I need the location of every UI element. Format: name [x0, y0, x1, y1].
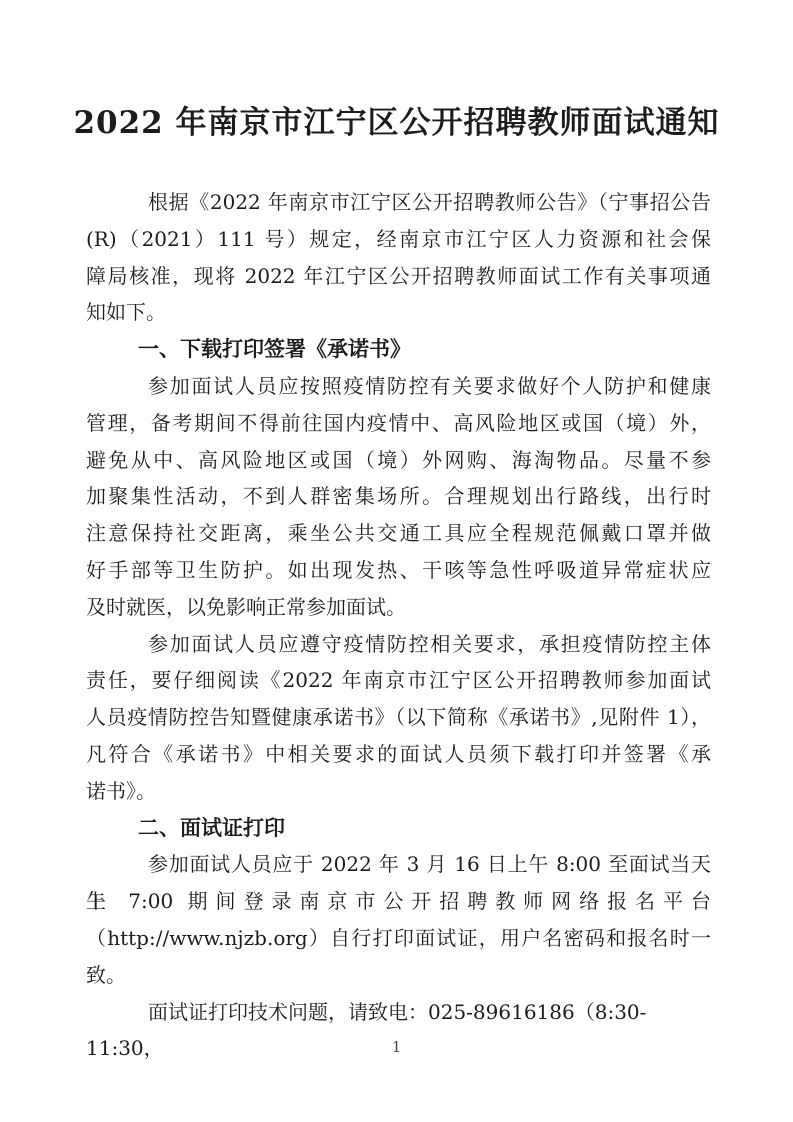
body-line: 根据《2022 年南京市江宁区公开招聘教师公告》（宁事招公告 — [86, 184, 711, 221]
body-line: 障局核准，现将 2022 年江宁区公开招聘教师面试工作有关事项通 — [86, 258, 711, 295]
body-line: 管理，备考期间不得前往国内疫情中、高风险地区或国（境）外， — [86, 405, 711, 442]
body-line: 参加面试人员应按照疫情防控有关要求做好个人防护和健康 — [86, 368, 711, 405]
body-line: 诺书》。 — [86, 773, 711, 810]
body-line: 加聚集性活动，不到人群密集场所。合理规划出行路线，出行时 — [86, 478, 711, 515]
document-page: 2022 年南京市江宁区公开招聘教师面试通知 根据《2022 年南京市江宁区公开… — [0, 0, 793, 1122]
body-line: （http://www.njzb.org）自行打印面试证，用户名密码和报名时一 — [86, 920, 711, 957]
body-line: 注意保持社交距离，乘坐公共交通工具应全程规范佩戴口罩并做 — [86, 515, 711, 552]
body-line: 参加面试人员应遵守疫情防控相关要求，承担疫情防控主体 — [86, 626, 711, 663]
body-line: 凡符合《承诺书》中相关要求的面试人员须下载打印并签署《承 — [86, 736, 711, 773]
body-line: 及时就医，以免影响正常参加面试。 — [86, 589, 711, 626]
body-line: 致。 — [86, 957, 711, 994]
body-line: 参加面试人员应于 2022 年 3 月 16 日上午 8:00 至面试当天上 — [86, 846, 711, 883]
page-number: 1 — [0, 1038, 793, 1056]
section-heading: 二、面试证打印 — [86, 810, 711, 847]
document-title: 2022 年南京市江宁区公开招聘教师面试通知 — [0, 0, 793, 146]
body-line: 人员疫情防控告知暨健康承诺书》（以下简称《承诺书》,见附件 1）， — [86, 699, 711, 736]
body-line: 面试证打印技术问题，请致电：025-89616186（8:30-11:30， — [86, 994, 711, 1031]
body-line: 责任，要仔细阅读《2022 年南京市江宁区公开招聘教师参加面试 — [86, 662, 711, 699]
body-line: 午 7:00 期间登录南京市公开招聘教师网络报名平台 — [86, 883, 711, 920]
body-line: 好手部等卫生防护。如出现发热、干咳等急性呼吸道异常症状应 — [86, 552, 711, 589]
body-line: 知如下。 — [86, 294, 711, 331]
section-heading: 一、下载打印签署《承诺书》 — [86, 331, 711, 368]
body-line: (R)（2021）111 号）规定，经南京市江宁区人力资源和社会保 — [86, 221, 711, 258]
body-line: 避免从中、高风险地区或国（境）外网购、海淘物品。尽量不参 — [86, 442, 711, 479]
document-body: 根据《2022 年南京市江宁区公开招聘教师公告》（宁事招公告 (R)（2021）… — [86, 184, 711, 1030]
